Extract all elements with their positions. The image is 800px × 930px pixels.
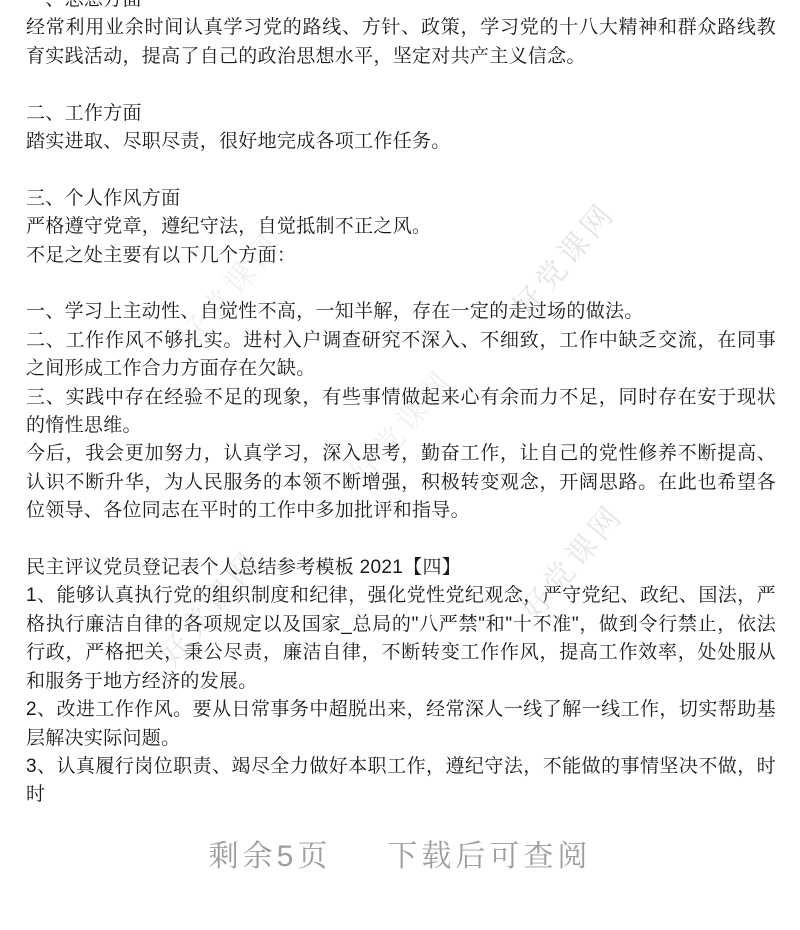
document-preview-page: 好党课网好党课网好党课网好党课网好党课网 一、思想方面经常利用业余时间认真学习党…: [0, 0, 800, 930]
download-to-view-label: 下载后可查阅: [387, 831, 591, 875]
doc-paragraph: 二、工作作风不够扎实。进村入户调查研究不深入、不细致，工作中缺乏交流，在同事之间…: [26, 327, 776, 384]
paragraph-gap: [26, 526, 776, 554]
doc-paragraph: 今后，我会更加努力，认真学习，深入思考，勤奋工作，让自己的党性修养不断提高、认识…: [26, 440, 776, 525]
doc-heading: 二、工作方面: [26, 100, 776, 128]
doc-heading: 一、思想方面: [26, 0, 776, 14]
doc-paragraph: 一、学习上主动性、自觉性不高，一知半解，存在一定的走过场的做法。: [26, 298, 776, 326]
doc-paragraph: 1、能够认真执行党的组织制度和纪律，强化党性党纪观念，严守党纪、政纪、国法，严格…: [26, 582, 776, 696]
doc-paragraph: 三、实践中存在经验不足的现象，有些事情做起来心有余而力不足，同时存在安于现状的惰…: [26, 384, 776, 441]
doc-paragraph: 经常利用业余时间认真学习党的路线、方针、政策，学习党的十八大精神和群众路线教育实…: [26, 14, 776, 71]
preview-footer: 剩余5页 下载后可查阅: [0, 831, 800, 875]
doc-paragraph: 不足之处主要有以下几个方面：: [26, 242, 776, 270]
doc-paragraph: 2、改进工作作风。要从日常事务中超脱出来，经常深人一线了解一线工作，切实帮助基层…: [26, 696, 776, 753]
paragraph-gap: [26, 156, 776, 184]
doc-paragraph: 3、认真履行岗位职责、竭尽全力做好本职工作，遵纪守法，不能做的事情坚决不做，时时: [26, 753, 776, 810]
remaining-pages-label: 剩余5页: [209, 831, 332, 875]
paragraph-gap: [26, 71, 776, 99]
doc-paragraph: 踏实进取、尽职尽责，很好地完成各项工作任务。: [26, 128, 776, 156]
doc-heading: 三、个人作风方面: [26, 185, 776, 213]
paragraph-gap: [26, 270, 776, 298]
doc-paragraph: 民主评议党员登记表个人总结参考模板 2021【四】: [26, 554, 776, 582]
doc-paragraph: 严格遵守党章，遵纪守法，自觉抵制不正之风。: [26, 213, 776, 241]
document-body: 一、思想方面经常利用业余时间认真学习党的路线、方针、政策，学习党的十八大精神和群…: [26, 0, 776, 810]
